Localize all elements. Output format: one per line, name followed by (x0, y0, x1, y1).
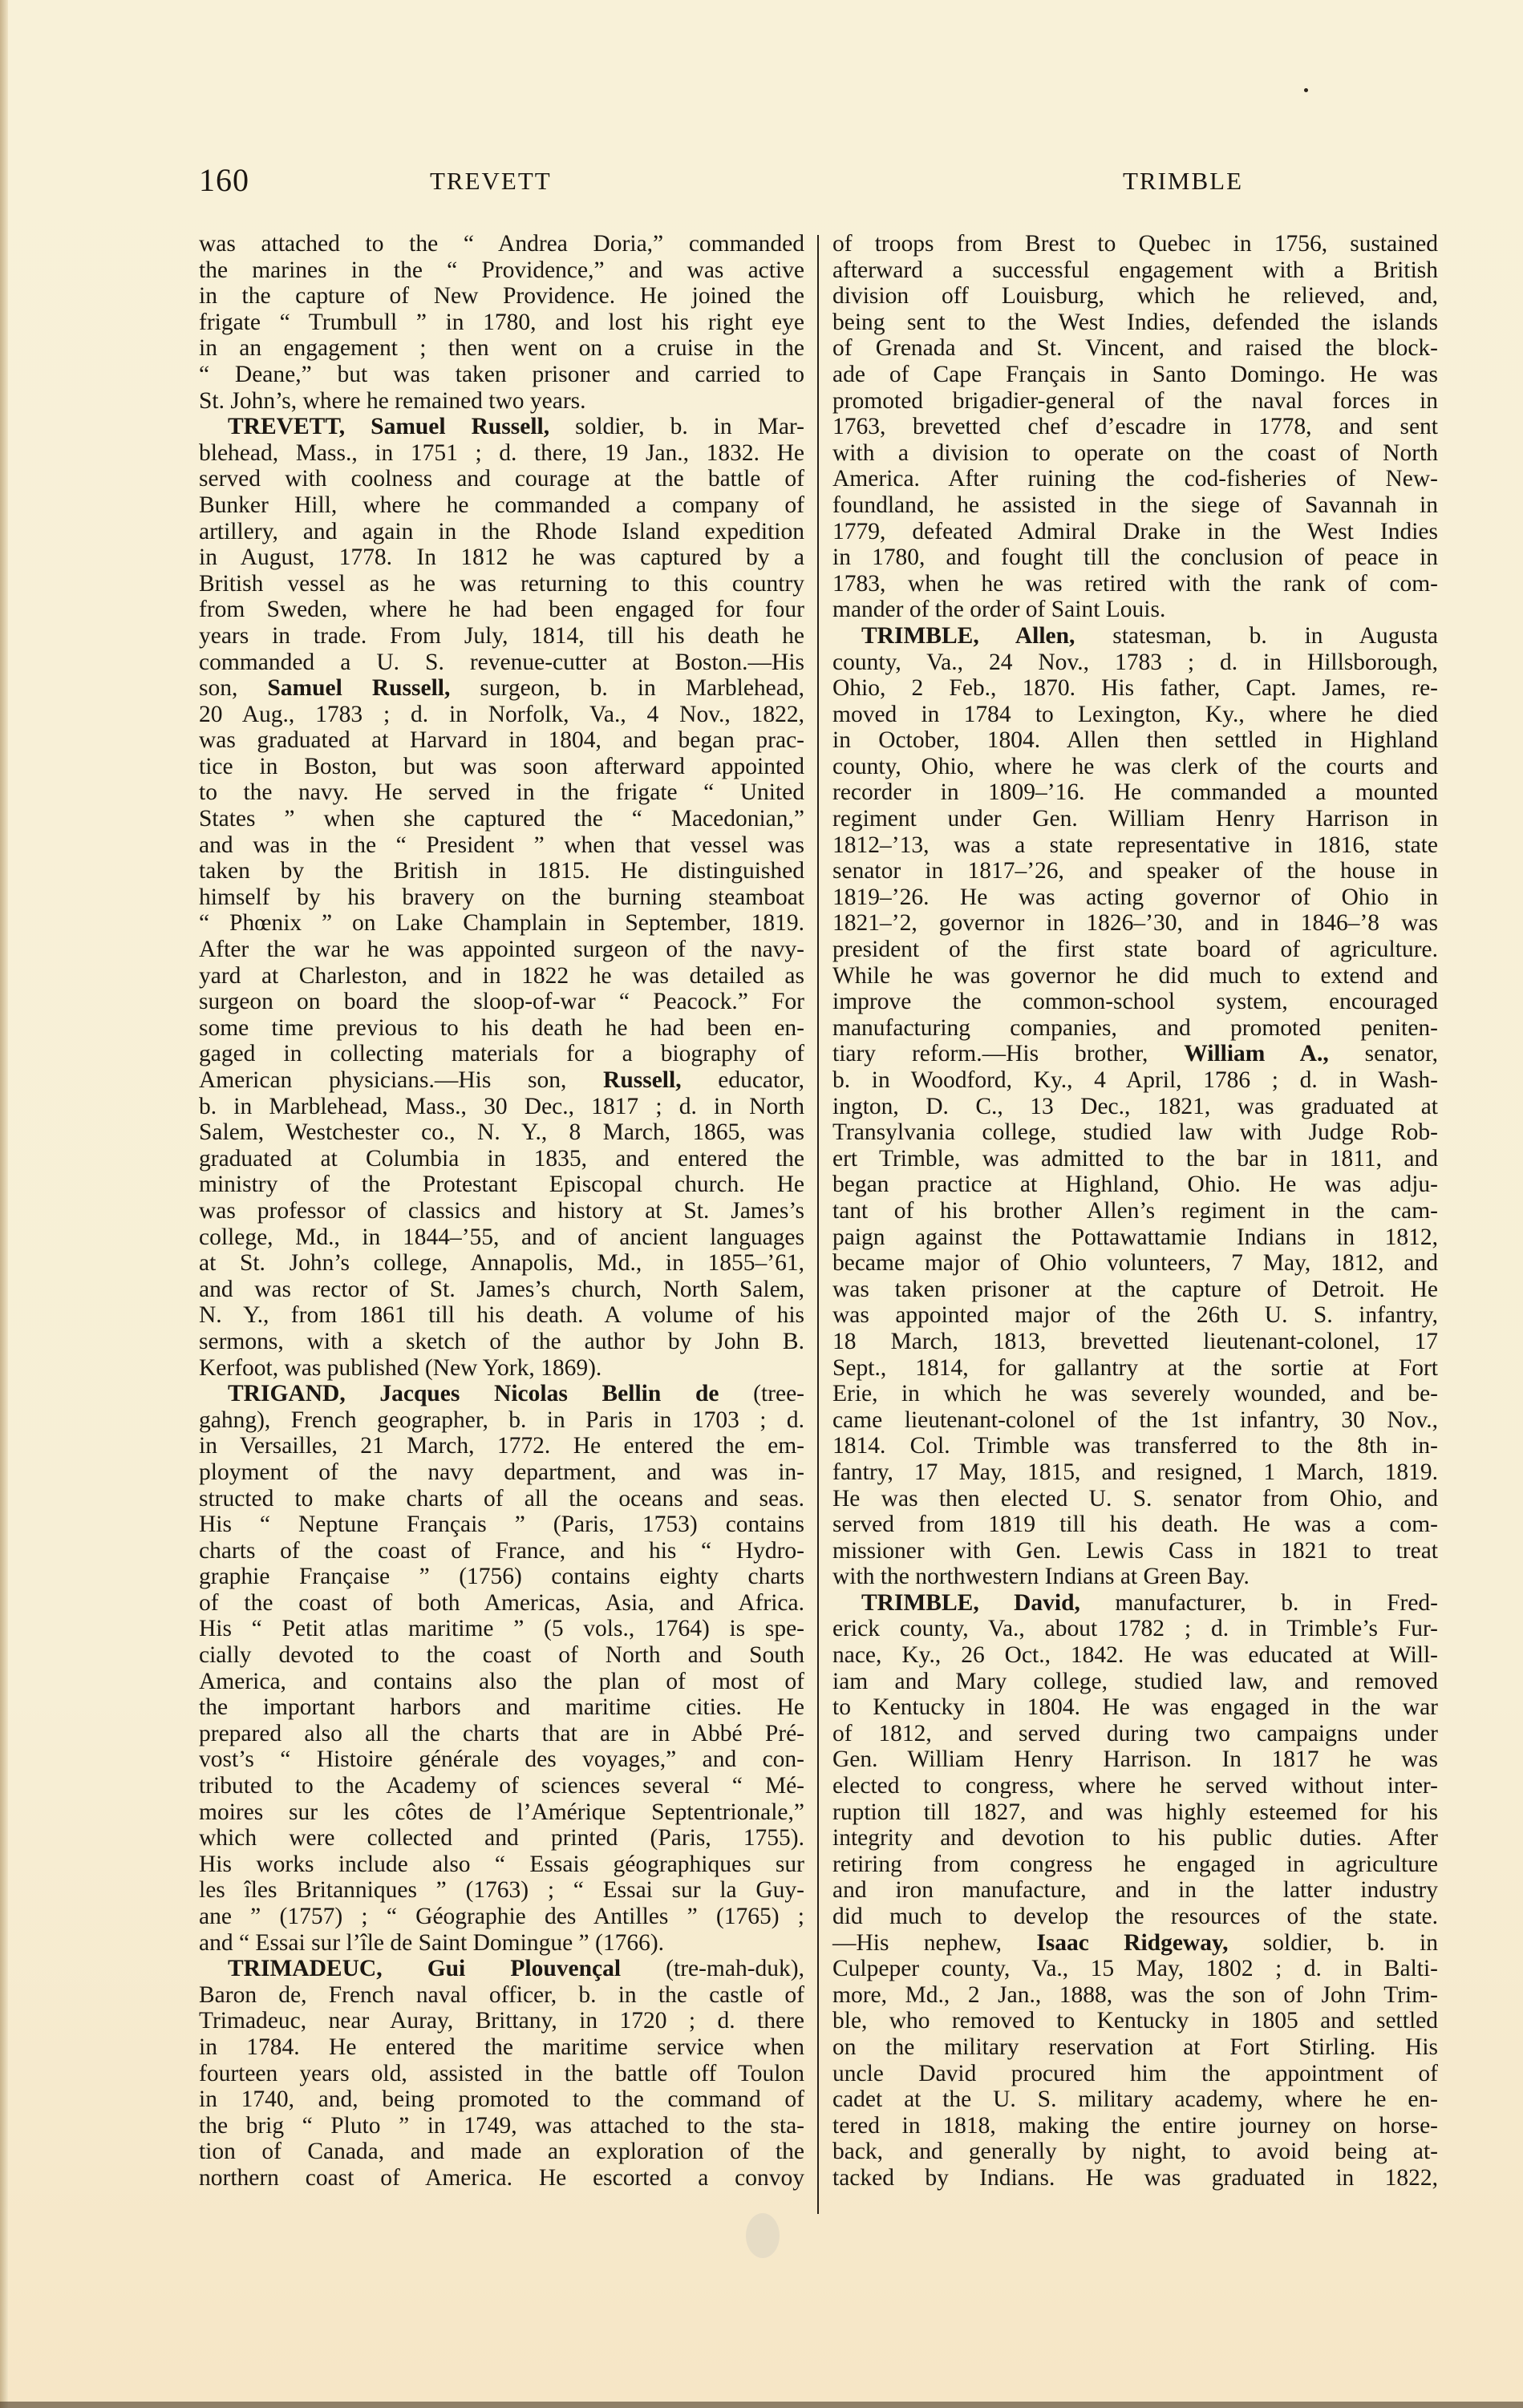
line-text: 1814. Col. Trimble was transferred to th… (832, 1433, 1438, 1459)
text-line: promoted brigadier-general of the naval … (832, 388, 1438, 415)
line-text: and was in the “ President ” when that v… (199, 832, 804, 858)
line-text: in August, 1778. In 1812 he was captured… (199, 544, 804, 570)
headword: TRIGAND, Jacques Nicolas Bellin de (228, 1381, 719, 1406)
line-text: ert Trimble, was admitted to the bar in … (832, 1146, 1438, 1172)
headword: TRIMBLE, Allen, (861, 623, 1075, 649)
entry-line-with-headword: tiary reform.—His brother, William A., s… (832, 1041, 1438, 1067)
text-line: Culpeper county, Va., 15 May, 1802 ; d. … (832, 1956, 1438, 1982)
text-line: After the war he was appointed surgeon o… (199, 937, 804, 963)
text-line: tacked by Indians. He was graduated in 1… (832, 2165, 1438, 2191)
line-text: American physicians.—His son, (199, 1067, 603, 1093)
text-line: and iron manufacture, and in the latter … (832, 1877, 1438, 1904)
line-text: in October, 1804. Allen then settled in … (832, 727, 1438, 753)
line-text: His works include also “ Essais géograph… (199, 1852, 804, 1877)
text-line: sermons, with a sketch of the author by … (199, 1329, 804, 1355)
text-line: county, Ohio, where he was clerk of the … (832, 754, 1438, 780)
line-text: of troops from Brest to Quebec in 1756, … (832, 231, 1438, 257)
headword: TREVETT, Samuel Russell, (228, 414, 549, 439)
text-line: 1812–’13, was a state representative in … (832, 832, 1438, 859)
line-text: Culpeper county, Va., 15 May, 1802 ; d. … (832, 1956, 1438, 1981)
line-text: surgeon, b. in Marblehead, (450, 675, 804, 701)
line-text: structed to make charts of all the ocean… (199, 1486, 804, 1512)
text-line: on the military reservation at Fort Stir… (832, 2034, 1438, 2061)
line-text: Trimadeuc, near Auray, Brittany, in 1720… (199, 2008, 804, 2034)
text-line: artillery, and again in the Rhode Island… (199, 519, 804, 545)
line-text: frigate “ Trumbull ” in 1780, and lost h… (199, 310, 804, 335)
line-text: iam and Mary college, studied law, and r… (832, 1669, 1438, 1694)
text-line: ert Trimble, was admitted to the bar in … (832, 1146, 1438, 1172)
text-line: in October, 1804. Allen then settled in … (832, 727, 1438, 754)
line-text: sermons, with a sketch of the author by … (199, 1329, 804, 1354)
text-line: college, Md., in 1844–’55, and of ancien… (199, 1224, 804, 1251)
text-line: back, and generally by night, to avoid b… (832, 2139, 1438, 2165)
line-text: became major of Ohio volunteers, 7 May, … (832, 1250, 1438, 1276)
line-text: 1812–’13, was a state representative in … (832, 832, 1438, 858)
text-line: ington, D. C., 13 Dec., 1821, was gradua… (832, 1094, 1438, 1120)
line-text: uncle David procured him the appointment… (832, 2061, 1438, 2086)
line-text: was graduated at Harvard in 1804, and be… (199, 727, 804, 753)
line-text: ministry of the Protestant Episcopal chu… (199, 1172, 804, 1197)
line-text: retiring from congress he engaged in agr… (832, 1852, 1438, 1877)
line-text: gahng), French geographer, b. in Paris i… (199, 1407, 804, 1433)
text-line: b. in Woodford, Ky., 4 April, 1786 ; d. … (832, 1067, 1438, 1094)
line-text: —His nephew, (832, 1930, 1036, 1956)
text-line: taken by the British in 1815. He disting… (199, 858, 804, 884)
text-line: began practice at Highland, Ohio. He was… (832, 1172, 1438, 1198)
page-bottom-edge (0, 2402, 1523, 2408)
line-text: back, and generally by night, to avoid b… (832, 2139, 1438, 2164)
text-line: ruption till 1827, and was highly esteem… (832, 1799, 1438, 1826)
line-text: was appointed major of the 26th U. S. in… (832, 1302, 1438, 1328)
line-text: fourteen years old, assisted in the batt… (199, 2061, 804, 2086)
line-text: manufacturer, b. in Fred- (1080, 1590, 1438, 1616)
line-text: tered in 1818, making the entire journey… (832, 2113, 1438, 2139)
text-line: 20 Aug., 1783 ; d. in Norfolk, Va., 4 No… (199, 702, 804, 728)
line-text: of Grenada and St. Vincent, and raised t… (832, 335, 1438, 361)
line-text: more, Md., 2 Jan., 1888, was the son of … (832, 1982, 1438, 2008)
line-text: and iron manufacture, and in the latter … (832, 1877, 1438, 1903)
line-text: gaged in collecting materials for a biog… (199, 1041, 804, 1066)
line-text: senator in 1817–’26, and speaker of the … (832, 858, 1438, 884)
line-text: was taken prisoner at the capture of Det… (832, 1277, 1438, 1302)
page-header: 160 TREVETT TRIMBLE (199, 160, 1438, 200)
headword: Russell, (603, 1067, 682, 1093)
entry-line-with-headword: son, Samuel Russell, surgeon, b. in Marb… (199, 675, 804, 702)
text-line: of troops from Brest to Quebec in 1756, … (832, 231, 1438, 257)
text-line: yard at Charleston, and in 1822 he was d… (199, 963, 804, 990)
text-line: Gen. William Henry Harrison. In 1817 he … (832, 1746, 1438, 1773)
text-line: regiment under Gen. William Henry Harris… (832, 806, 1438, 832)
column-divider-rule (817, 235, 819, 2214)
text-line: in the capture of New Providence. He joi… (199, 283, 804, 310)
text-line: being sent to the West Indies, defended … (832, 310, 1438, 336)
line-text: Baron de, French naval officer, b. in th… (199, 1982, 804, 2008)
text-line: of 1812, and served during two campaigns… (832, 1721, 1438, 1747)
line-text: “ Deane,” but was taken prisoner and car… (199, 362, 804, 387)
text-line: cadet at the U. S. military academy, whe… (832, 2086, 1438, 2113)
line-text: statesman, b. in Augusta (1075, 623, 1438, 649)
line-text: integrity and devotion to his public dut… (832, 1825, 1438, 1851)
line-text: tiary reform.—His brother, (832, 1041, 1184, 1066)
text-line: in an engagement ; then went on a cruise… (199, 335, 804, 362)
text-line: served from 1819 till his death. He was … (832, 1512, 1438, 1538)
line-text: division off Louisburg, which he relieve… (832, 283, 1438, 309)
line-text: His “ Neptune Français ” (Paris, 1753) c… (199, 1512, 804, 1537)
text-line: years in trade. From July, 1814, till hi… (199, 623, 804, 650)
line-text: His “ Petit atlas maritime ” (5 vols., 1… (199, 1616, 804, 1641)
line-text: nace, Ky., 26 Oct., 1842. He was educate… (832, 1642, 1438, 1668)
line-text: years in trade. From July, 1814, till hi… (199, 623, 804, 649)
line-text: did much to develop the resources of the… (832, 1904, 1438, 1929)
text-line: at St. John’s college, Annapolis, Md., i… (199, 1250, 804, 1277)
line-text: of 1812, and served during two campaigns… (832, 1721, 1438, 1746)
line-text: to the navy. He served in the frigate “ … (199, 779, 804, 805)
text-line: America. After ruining the cod-fisheries… (832, 466, 1438, 492)
text-line: ade of Cape Français in Santo Domingo. H… (832, 362, 1438, 388)
line-text: promoted brigadier-general of the naval … (832, 388, 1438, 414)
line-text: which were collected and printed (Paris,… (199, 1825, 804, 1851)
text-line: iam and Mary college, studied law, and r… (832, 1669, 1438, 1695)
text-line: British vessel as he was returning to th… (199, 571, 804, 597)
text-line: 1779, defeated Admiral Drake in the West… (832, 519, 1438, 545)
line-text: America, and contains also the plan of m… (199, 1669, 804, 1694)
text-line: foundland, he assisted in the siege of S… (832, 492, 1438, 519)
line-text: himself by his bravery on the burning st… (199, 884, 804, 910)
text-line: 1819–’26. He was acting governor of Ohio… (832, 884, 1438, 911)
text-line: b. in Marblehead, Mass., 30 Dec., 1817 ;… (199, 1094, 804, 1120)
text-line: elected to congress, where he served wit… (832, 1773, 1438, 1799)
entry-line-with-headword: TRIMADEUC, Gui Plouvençal (tre-mah-duk), (199, 1956, 804, 1982)
line-text: tacked by Indians. He was graduated in 1… (832, 2165, 1438, 2191)
line-text: in 1780, and fought till the conclusion … (832, 544, 1438, 570)
text-line: graduated at Columbia in 1835, and enter… (199, 1146, 804, 1172)
text-line: Kerfoot, was published (New York, 1869). (199, 1355, 804, 1382)
text-line: structed to make charts of all the ocean… (199, 1486, 804, 1512)
line-text: tice in Boston, but was soon afterward a… (199, 754, 804, 779)
line-text: son, (199, 675, 267, 701)
text-line: gaged in collecting materials for a biog… (199, 1041, 804, 1067)
line-text: 18 March, 1813, brevetted lieutenant-col… (832, 1329, 1438, 1354)
text-line: with the northwestern Indians at Green B… (832, 1564, 1438, 1590)
line-text: ble, who removed to Kentucky in 1805 and… (832, 2008, 1438, 2034)
text-line: surgeon on board the sloop-of-war “ Peac… (199, 989, 804, 1015)
line-text: with the northwestern Indians at Green B… (832, 1564, 1250, 1589)
line-text: the important harbors and maritime citie… (199, 1694, 804, 1720)
left-text-column: was attached to the “ Andrea Doria,” com… (199, 231, 804, 2191)
running-head-right: TRIMBLE (1123, 164, 1243, 199)
line-text: being sent to the West Indies, defended … (832, 310, 1438, 335)
line-text: at St. John’s college, Annapolis, Md., i… (199, 1250, 804, 1276)
entry-line-with-headword: TREVETT, Samuel Russell, soldier, b. in … (199, 414, 804, 440)
line-text: Sept., 1814, for gallantry at the sortie… (832, 1355, 1438, 1381)
line-text: soldier, b. in Mar- (549, 414, 804, 439)
line-text: improve the common-school system, encour… (832, 989, 1438, 1014)
text-line: missioner with Gen. Lewis Cass in 1821 t… (832, 1538, 1438, 1564)
line-text: Bunker Hill, where he commanded a compan… (199, 492, 804, 518)
line-text: He was then elected U. S. senator from O… (832, 1486, 1438, 1512)
text-line: tion of Canada, and made an exploration … (199, 2139, 804, 2165)
line-text: the brig “ Pluto ” in 1749, was attached… (199, 2113, 804, 2139)
text-line: of Grenada and St. Vincent, and raised t… (832, 335, 1438, 362)
line-text: 1783, when he was retired with the rank … (832, 571, 1438, 597)
line-text: of the coast of both Americas, Asia, and… (199, 1590, 804, 1616)
line-text: regiment under Gen. William Henry Harris… (832, 806, 1438, 832)
line-text: paign against the Pottawattamie Indians … (832, 1224, 1438, 1250)
text-line: 18 March, 1813, brevetted lieutenant-col… (832, 1329, 1438, 1355)
line-text: ane ” (1757) ; “ Géographie des Antilles… (199, 1904, 804, 1929)
text-line: moved in 1784 to Lexington, Ky., where h… (832, 702, 1438, 728)
text-line: gahng), French geographer, b. in Paris i… (199, 1407, 804, 1434)
text-line: moires sur les côtes de l’Amérique Septe… (199, 1799, 804, 1826)
text-line: cially devoted to the coast of North and… (199, 1642, 804, 1669)
ink-speck (1304, 88, 1308, 92)
line-text: British vessel as he was returning to th… (199, 571, 804, 597)
line-text: taken by the British in 1815. He disting… (199, 858, 804, 884)
line-text: Erie, in which he was severely wounded, … (832, 1381, 1438, 1406)
text-line: States ” when she captured the “ Macedon… (199, 806, 804, 832)
entry-line-with-headword: TRIMBLE, Allen, statesman, b. in Augusta (832, 623, 1438, 650)
line-text: foundland, he assisted in the siege of S… (832, 492, 1438, 518)
text-line: blehead, Mass., in 1751 ; d. there, 19 J… (199, 440, 804, 467)
line-text: graduated at Columbia in 1835, and enter… (199, 1146, 804, 1172)
line-text: and was rector of St. James’s church, No… (199, 1277, 804, 1302)
text-line: integrity and devotion to his public dut… (832, 1825, 1438, 1852)
text-line: While he was governor he did much to ext… (832, 963, 1438, 990)
text-line: from Sweden, where he had been engaged f… (199, 597, 804, 623)
line-text: surgeon on board the sloop-of-war “ Peac… (199, 989, 804, 1014)
text-line: Trimadeuc, near Auray, Brittany, in 1720… (199, 2008, 804, 2034)
line-text: (tre-mah-duk), (621, 1956, 804, 1981)
line-text: After the war he was appointed surgeon o… (199, 937, 804, 962)
line-text: with a division to operate on the coast … (832, 440, 1438, 466)
line-text: 1821–’2, governor in 1826–’30, and in 18… (832, 910, 1438, 936)
headword: William A., (1184, 1041, 1328, 1066)
text-line: paign against the Pottawattamie Indians … (832, 1224, 1438, 1251)
text-line: His works include also “ Essais géograph… (199, 1852, 804, 1878)
line-text: senator, (1329, 1041, 1438, 1066)
text-line: les îles Britanniques ” (1763) ; “ Essai… (199, 1877, 804, 1904)
text-line: vost’s “ Histoire générale des voyages,”… (199, 1746, 804, 1773)
text-line: retiring from congress he engaged in agr… (832, 1852, 1438, 1878)
headword: TRIMBLE, David, (861, 1590, 1080, 1616)
text-line: was graduated at Harvard in 1804, and be… (199, 727, 804, 754)
line-text: in 1784. He entered the maritime service… (199, 2034, 804, 2060)
line-text: Transylvania college, studied law with J… (832, 1119, 1438, 1145)
entry-line-with-headword: —His nephew, Isaac Ridgeway, soldier, b.… (832, 1930, 1438, 1957)
line-text: vost’s “ Histoire générale des voyages,”… (199, 1746, 804, 1772)
text-line: mander of the order of Saint Louis. (832, 597, 1438, 623)
text-line: fourteen years old, assisted in the batt… (199, 2061, 804, 2087)
line-text: afterward a successful engagement with a… (832, 257, 1438, 283)
line-text: America. After ruining the cod-fisheries… (832, 466, 1438, 492)
line-text: was attached to the “ Andrea Doria,” com… (199, 231, 804, 257)
line-text: States ” when she captured the “ Macedon… (199, 806, 804, 832)
text-line: served with coolness and courage at the … (199, 466, 804, 492)
text-line: Baron de, French naval officer, b. in th… (199, 1982, 804, 2009)
line-text: les îles Britanniques ” (1763) ; “ Essai… (199, 1877, 804, 1903)
line-text: yard at Charleston, and in 1822 he was d… (199, 963, 804, 989)
line-text: commanded a U. S. revenue-cutter at Bost… (199, 650, 804, 675)
line-text: ruption till 1827, and was highly esteem… (832, 1799, 1438, 1825)
line-text: artillery, and again in the Rhode Island… (199, 519, 804, 544)
text-line: and was in the “ President ” when that v… (199, 832, 804, 859)
line-text: county, Ohio, where he was clerk of the … (832, 754, 1438, 779)
line-text: moved in 1784 to Lexington, Ky., where h… (832, 702, 1438, 727)
line-text: tributed to the Academy of sciences seve… (199, 1773, 804, 1799)
line-text: 1779, defeated Admiral Drake in the West… (832, 519, 1438, 544)
text-line: himself by his bravery on the burning st… (199, 884, 804, 911)
line-text: “ Phœnix ” on Lake Champlain in Septembe… (199, 910, 804, 936)
line-text: missioner with Gen. Lewis Cass in 1821 t… (832, 1538, 1438, 1564)
text-line: America, and contains also the plan of m… (199, 1669, 804, 1695)
line-text: ington, D. C., 13 Dec., 1821, was gradua… (832, 1094, 1438, 1119)
line-text: soldier, b. in (1228, 1930, 1438, 1956)
text-line: Bunker Hill, where he commanded a compan… (199, 492, 804, 519)
line-text: came lieutenant-colonel of the 1st infan… (832, 1407, 1438, 1433)
line-text: Ohio, 2 Feb., 1870. His father, Capt. Ja… (832, 675, 1438, 701)
text-line: more, Md., 2 Jan., 1888, was the son of … (832, 1982, 1438, 2009)
text-line: some time previous to his death he had b… (199, 1015, 804, 1042)
line-text: cially devoted to the coast of North and… (199, 1642, 804, 1668)
line-text: mander of the order of Saint Louis. (832, 597, 1165, 622)
text-line: fantry, 17 May, 1815, and resigned, 1 Ma… (832, 1459, 1438, 1486)
text-line: Salem, Westchester co., N. Y., 8 March, … (199, 1119, 804, 1146)
line-text: in 1740, and, being promoted to the comm… (199, 2086, 804, 2112)
text-line: with a division to operate on the coast … (832, 440, 1438, 467)
text-line: was professor of classics and history at… (199, 1198, 804, 1224)
line-text: served from 1819 till his death. He was … (832, 1512, 1438, 1537)
headword: Samuel Russell, (267, 675, 450, 701)
text-line: ministry of the Protestant Episcopal chu… (199, 1172, 804, 1198)
line-text: president of the first state board of ag… (832, 937, 1438, 962)
text-line: Transylvania college, studied law with J… (832, 1119, 1438, 1146)
headword: TRIMADEUC, Gui Plouvençal (228, 1956, 621, 1981)
text-line: erick county, Va., about 1782 ; d. in Tr… (832, 1616, 1438, 1642)
entry-line-with-headword: American physicians.—His son, Russell, e… (199, 1067, 804, 1094)
text-line: uncle David procured him the appointment… (832, 2061, 1438, 2087)
text-line: of the coast of both Americas, Asia, and… (199, 1590, 804, 1617)
text-line: was appointed major of the 26th U. S. in… (832, 1302, 1438, 1329)
text-line: tered in 1818, making the entire journey… (832, 2113, 1438, 2139)
text-line: division off Louisburg, which he relieve… (832, 283, 1438, 310)
text-line: His “ Petit atlas maritime ” (5 vols., 1… (199, 1616, 804, 1642)
text-line: nace, Ky., 26 Oct., 1842. He was educate… (832, 1642, 1438, 1669)
entry-line-with-headword: TRIGAND, Jacques Nicolas Bellin de (tree… (199, 1381, 804, 1407)
line-text: in an engagement ; then went on a cruise… (199, 335, 804, 361)
line-text: prepared also all the charts that are in… (199, 1721, 804, 1746)
text-line: Ohio, 2 Feb., 1870. His father, Capt. Ja… (832, 675, 1438, 702)
line-text: college, Md., in 1844–’55, and of ancien… (199, 1224, 804, 1250)
line-text: b. in Marblehead, Mass., 30 Dec., 1817 ;… (199, 1094, 804, 1119)
line-text: in Versailles, 21 March, 1772. He entere… (199, 1433, 804, 1459)
text-line: came lieutenant-colonel of the 1st infan… (832, 1407, 1438, 1434)
text-line: was attached to the “ Andrea Doria,” com… (199, 231, 804, 257)
line-text: recorder in 1809–’16. He commanded a mou… (832, 779, 1438, 805)
text-line: 1763, brevetted chef d’escadre in 1778, … (832, 414, 1438, 440)
line-text: tant of his brother Allen’s regiment in … (832, 1198, 1438, 1224)
line-text: graphie Française ” (1756) contains eigh… (199, 1564, 804, 1589)
line-text: elected to congress, where he served wit… (832, 1773, 1438, 1799)
text-line: ane ” (1757) ; “ Géographie des Antilles… (199, 1904, 804, 1930)
line-text: began practice at Highland, Ohio. He was… (832, 1172, 1438, 1197)
text-line: tributed to the Academy of sciences seve… (199, 1773, 804, 1799)
line-text: St. John’s, where he remained two years. (199, 388, 586, 414)
text-line: in 1780, and fought till the conclusion … (832, 544, 1438, 571)
text-line: in Versailles, 21 March, 1772. He entere… (199, 1433, 804, 1459)
text-line: northern coast of America. He escorted a… (199, 2165, 804, 2191)
text-line: 1783, when he was retired with the rank … (832, 571, 1438, 597)
text-line: county, Va., 24 Nov., 1783 ; d. in Hills… (832, 650, 1438, 676)
line-text: erick county, Va., about 1782 ; d. in Tr… (832, 1616, 1438, 1641)
line-text: 1819–’26. He was acting governor of Ohio… (832, 884, 1438, 910)
line-text: educator, (682, 1067, 804, 1093)
line-text: cadet at the U. S. military academy, whe… (832, 2086, 1438, 2112)
line-text: charts of the coast of France, and his “… (199, 1538, 804, 1564)
headword: Isaac Ridgeway, (1036, 1930, 1228, 1956)
text-line: recorder in 1809–’16. He commanded a mou… (832, 779, 1438, 806)
line-text: N. Y., from 1861 till his death. A volum… (199, 1302, 804, 1328)
text-line: tant of his brother Allen’s regiment in … (832, 1198, 1438, 1224)
line-text: in the capture of New Providence. He joi… (199, 283, 804, 309)
line-text: served with coolness and courage at the … (199, 466, 804, 492)
line-text: blehead, Mass., in 1751 ; d. there, 19 J… (199, 440, 804, 466)
line-text: (tree- (719, 1381, 804, 1406)
text-line: senator in 1817–’26, and speaker of the … (832, 858, 1438, 884)
text-line: was taken prisoner at the capture of Det… (832, 1277, 1438, 1303)
text-line: to Kentucky in 1804. He was engaged in t… (832, 1694, 1438, 1721)
line-text: fantry, 17 May, 1815, and resigned, 1 Ma… (832, 1459, 1438, 1485)
line-text: some time previous to his death he had b… (199, 1015, 804, 1041)
text-line: in August, 1778. In 1812 he was captured… (199, 544, 804, 571)
text-line: 1821–’2, governor in 1826–’30, and in 18… (832, 910, 1438, 937)
text-line: manufacturing companies, and promoted pe… (832, 1015, 1438, 1042)
page-edge-shadow (0, 0, 8, 2408)
text-line: frigate “ Trumbull ” in 1780, and lost h… (199, 310, 804, 336)
line-text: moires sur les côtes de l’Amérique Septe… (199, 1799, 804, 1825)
text-line: Erie, in which he was severely wounded, … (832, 1381, 1438, 1407)
line-text: county, Va., 24 Nov., 1783 ; d. in Hills… (832, 650, 1438, 675)
text-line: and was rector of St. James’s church, No… (199, 1277, 804, 1303)
text-line: to the navy. He served in the frigate “ … (199, 779, 804, 806)
text-line: did much to develop the resources of the… (832, 1904, 1438, 1930)
line-text: Salem, Westchester co., N. Y., 8 March, … (199, 1119, 804, 1145)
line-text: and “ Essai sur l’île de Saint Domingue … (199, 1930, 664, 1956)
text-line: St. John’s, where he remained two years. (199, 388, 804, 415)
line-text: was professor of classics and history at… (199, 1198, 804, 1224)
text-line: ble, who removed to Kentucky in 1805 and… (832, 2008, 1438, 2034)
text-line: prepared also all the charts that are in… (199, 1721, 804, 1747)
text-line: “ Phœnix ” on Lake Champlain in Septembe… (199, 910, 804, 937)
text-line: N. Y., from 1861 till his death. A volum… (199, 1302, 804, 1329)
running-head-left: TREVETT (430, 164, 552, 199)
text-line: and “ Essai sur l’île de Saint Domingue … (199, 1930, 804, 1957)
text-line: commanded a U. S. revenue-cutter at Bost… (199, 650, 804, 676)
text-line: the marines in the “ Providence,” and wa… (199, 257, 804, 284)
line-text: manufacturing companies, and promoted pe… (832, 1015, 1438, 1041)
line-text: from Sweden, where he had been engaged f… (199, 597, 804, 622)
line-text: ade of Cape Français in Santo Domingo. H… (832, 362, 1438, 387)
line-text: the marines in the “ Providence,” and wa… (199, 257, 804, 283)
page-number: 160 (199, 160, 249, 200)
line-text: 20 Aug., 1783 ; d. in Norfolk, Va., 4 No… (199, 702, 804, 727)
text-line: He was then elected U. S. senator from O… (832, 1486, 1438, 1512)
text-line: the brig “ Pluto ” in 1749, was attached… (199, 2113, 804, 2139)
text-line: which were collected and printed (Paris,… (199, 1825, 804, 1852)
line-text: tion of Canada, and made an exploration … (199, 2139, 804, 2164)
line-text: Kerfoot, was published (New York, 1869). (199, 1355, 602, 1381)
line-text: While he was governor he did much to ext… (832, 963, 1438, 989)
text-line: the important harbors and maritime citie… (199, 1694, 804, 1721)
